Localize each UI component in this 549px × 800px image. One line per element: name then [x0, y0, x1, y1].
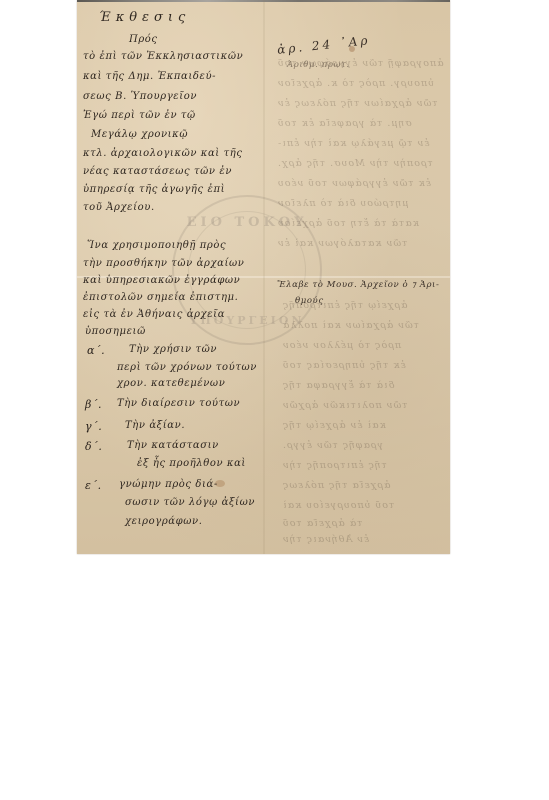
bleed-through-line: τῶν πολιτικῶν ἀρχῶν: [282, 400, 408, 411]
list-item-text: Τὴν ἀξίαν.: [125, 420, 185, 431]
bleed-through-line: τὰ ἀρχεῖα τοῦ: [282, 518, 362, 529]
text-line: καὶ τῆς Δημ. Ἐκπαιδεύ-: [83, 71, 216, 82]
list-marker-e: ε΄.: [85, 479, 102, 492]
text-line: κτλ. ἀρχαιολογικῶν καὶ τῆς: [83, 148, 243, 159]
bleed-through-line: τῶν καταλόγων καὶ ἐν: [277, 238, 407, 249]
list-item-text: χρον. κατεθεμένων: [117, 378, 225, 389]
bleed-through-line: τοῦ ὑπουργείου καὶ: [282, 500, 394, 511]
text-line: καὶ ὑπηρεσιακῶν ἐγγράφων: [83, 275, 240, 286]
bleed-through-line: ἐν τῷ μεγάλῳ καὶ τὴν ἐπι-: [277, 138, 429, 149]
text-line: ὑπηρεσίᾳ τῆς ἀγωγῆς ἐπὶ: [83, 184, 225, 195]
text-line: ὑποσημειῶ: [85, 326, 146, 337]
bleed-through-line: ἐκ τῆς ὑπηρεσίας τοῦ: [282, 360, 406, 371]
bleed-through-line: σημ. τὰ γραφεῖα ἐκ τοῦ: [277, 118, 412, 129]
bleed-through-line: μητρώου διὰ τὸ πλεῖον: [277, 198, 408, 209]
bleed-through-line: τροπὴν τὴν Μουσ. τῆς ἀρχ.: [277, 158, 433, 169]
bleed-through-line: πρὸς τὸ μέλλον νέον: [282, 340, 401, 351]
bleed-through-line: τῶν ἀρχαίων καὶ πολλὰ: [282, 320, 419, 331]
bleed-through-line: γραφῆς τῶν ἐγγρ.: [282, 440, 383, 451]
text-line: ἐπιστολῶν σημεία ἐπιστημ.: [83, 292, 238, 303]
list-item-text: περὶ τῶν χρόνων τούτων: [117, 362, 257, 373]
bleed-through-line: ἀρχεῖα τῆς πόλεως: [282, 480, 390, 491]
reference-subnote: Ἀριθμ. πρωτ.: [287, 60, 350, 70]
letter-sheet: ΕΙΟ ΤΟΚΟΥ ΥΠΟΥΡΓΕΙΟΝ ἀπογραφῇ τῶν ἐγγράφ…: [77, 0, 450, 554]
bleed-through-line: τῶν ἀρχαίων τῆς πόλεως ἐν: [277, 98, 438, 109]
text-line: νέας καταστάσεως τῶν ἐν: [83, 166, 232, 177]
text-line: Πρός: [129, 34, 158, 45]
list-marker-d: δ΄.: [85, 440, 102, 453]
list-item-text: χειρογράφων.: [125, 516, 202, 527]
bleed-through-line: τῆς ἐπιτροπῆς τὴν: [282, 460, 387, 471]
bleed-through-line: ὑπουργ. πρὸς τὸ κ. ἀρχεῖον: [277, 78, 434, 89]
list-marker-c: γ΄.: [85, 420, 102, 433]
text-line: σεως Β. Ὑπουργεῖον: [83, 91, 197, 102]
scan-page: ΕΙΟ ΤΟΚΟΥ ΥΠΟΥΡΓΕΙΟΝ ἀπογραφῇ τῶν ἐγγράφ…: [0, 0, 549, 800]
list-item-text: Τὴν χρήσιν τῶν: [129, 344, 217, 355]
reference-number-note: ἀρ. 24 ᾽Αρ: [277, 33, 372, 57]
list-marker-b: β΄.: [85, 398, 102, 411]
list-marker-a: α΄.: [87, 344, 105, 357]
list-item-text: Τὴν κατάστασιν: [127, 440, 219, 451]
list-item-text: ἐξ ἧς προῆλθον καὶ: [137, 458, 246, 469]
text-line: τὸ ἐπὶ τῶν Ἐκκλησιαστικῶν: [83, 51, 243, 62]
receipt-margin-note: Ἔλαβε τὸ Μουσ. Ἀρχεῖον ὁ ⁊ Ἀρι-: [277, 280, 439, 290]
bleed-through-line: ἐν Ἀθήναις τὴν: [282, 534, 369, 545]
list-item-text: γνώμην πρὸς διά-: [119, 479, 218, 490]
text-line: Ἵνα χρησιμοποιηθῇ πρὸς: [87, 240, 226, 251]
text-line: εἰς τὰ ἐν Ἀθήναις ἀρχεῖα: [83, 309, 225, 320]
list-item-text: σωσιν τῶν λόγῳ ἀξίων: [125, 497, 255, 508]
bleed-through-line: καὶ ἐν ἀρχείῳ τῆς: [282, 420, 386, 431]
bleed-through-line: κατὰ τὰ ἔτη τοῦ ἀρχείου: [277, 218, 419, 229]
text-line: τοῦ Ἀρχείου.: [83, 202, 155, 213]
list-item-text: Τὴν διαίρεσιν τούτων: [117, 398, 240, 409]
bleed-through-line: διὰ τὰ ἔγγραφα τῆς: [282, 380, 394, 391]
bleed-through-line: ἐκ τῶν ἐγγράφων τοῦ νέου: [277, 178, 431, 189]
text-line: Ἐγώ περὶ τῶν ἐν τῷ: [83, 110, 196, 121]
document-heading: Έκθεσις: [99, 10, 190, 25]
receipt-margin-note-continued: θμούς: [295, 296, 324, 306]
text-line: τὴν προσθήκην τῶν ἀρχαίων: [83, 258, 244, 269]
text-line: Μεγάλῳ χρονικῷ: [91, 129, 188, 140]
